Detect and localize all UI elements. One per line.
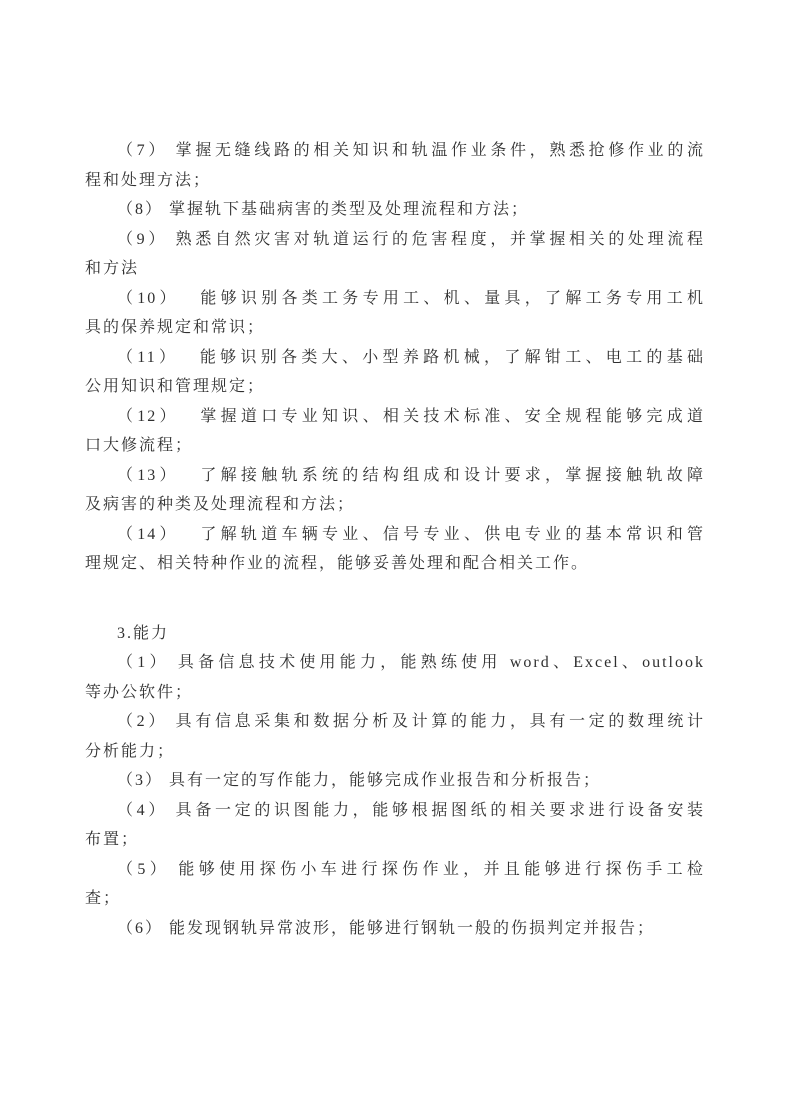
text-line: （14） 了解轨道车辆专业、信号专业、供电专业的基本常识和管 [85,520,705,550]
text-line: 分析能力； [85,737,705,767]
text-line: （8） 掌握轨下基础病害的类型及处理流程和方法； [85,195,705,225]
text-line: （1） 具备信息技术使用能力，能熟练使用 word、Excel、outlook [85,648,705,678]
text-line: 程和处理方法； [85,166,705,196]
paragraph: （9） 熟悉自然灾害对轨道运行的危害程度，并掌握相关的处理流程和方法 [85,225,705,284]
section-heading: 3.能力 [85,619,705,649]
text-line: 理规定、相关特种作业的流程，能够妥善处理和配合相关工作。 [85,549,705,579]
text-line: （5） 能够使用探伤小车进行探伤作业，并且能够进行探伤手工检 [85,855,705,885]
text-line: （7） 掌握无缝线路的相关知识和轨温作业条件，熟悉抢修作业的流 [85,136,705,166]
paragraph: （10） 能够识别各类工务专用工、机、量具，了解工务专用工机具的保养规定和常识； [85,284,705,343]
document-content: （7） 掌握无缝线路的相关知识和轨温作业条件，熟悉抢修作业的流程和处理方法；（8… [0,0,790,943]
paragraph: （7） 掌握无缝线路的相关知识和轨温作业条件，熟悉抢修作业的流程和处理方法； [85,136,705,195]
document-page: （7） 掌握无缝线路的相关知识和轨温作业条件，熟悉抢修作业的流程和处理方法；（8… [0,0,790,1119]
paragraph: （2） 具有信息采集和数据分析及计算的能力，具有一定的数理统计分析能力； [85,707,705,766]
paragraph: （1） 具备信息技术使用能力，能熟练使用 word、Excel、outlook等… [85,648,705,707]
text-line: 口大修流程； [85,431,705,461]
paragraph: （3） 具有一定的写作能力，能够完成作业报告和分析报告； [85,766,705,796]
paragraph: （14） 了解轨道车辆专业、信号专业、供电专业的基本常识和管理规定、相关特种作业… [85,520,705,579]
text-line: （6） 能发现钢轨异常波形，能够进行钢轨一般的伤损判定并报告； [85,914,705,944]
text-line: （10） 能够识别各类工务专用工、机、量具，了解工务专用工机 [85,284,705,314]
text-line: 公用知识和管理规定； [85,372,705,402]
paragraph: （8） 掌握轨下基础病害的类型及处理流程和方法； [85,195,705,225]
text-line: （9） 熟悉自然灾害对轨道运行的危害程度，并掌握相关的处理流程 [85,225,705,255]
paragraph: （6） 能发现钢轨异常波形，能够进行钢轨一般的伤损判定并报告； [85,914,705,944]
text-line: 布置； [85,825,705,855]
text-line: （11） 能够识别各类大、小型养路机械，了解钳工、电工的基础 [85,343,705,373]
text-line: 及病害的种类及处理流程和方法； [85,490,705,520]
paragraph: （11） 能够识别各类大、小型养路机械，了解钳工、电工的基础公用知识和管理规定； [85,343,705,402]
text-line: （3） 具有一定的写作能力，能够完成作业报告和分析报告； [85,766,705,796]
text-line: （13） 了解接触轨系统的结构组成和设计要求，掌握接触轨故障 [85,461,705,491]
text-line: （4） 具备一定的识图能力，能够根据图纸的相关要求进行设备安装 [85,796,705,826]
text-line: 等办公软件； [85,678,705,708]
ability-section: （1） 具备信息技术使用能力，能熟练使用 word、Excel、outlook等… [85,648,705,943]
text-line: 查； [85,884,705,914]
text-line: 具的保养规定和常识； [85,313,705,343]
text-line: 和方法 [85,254,705,284]
paragraph: （13） 了解接触轨系统的结构组成和设计要求，掌握接触轨故障及病害的种类及处理流… [85,461,705,520]
text-line: （12） 掌握道口专业知识、相关技术标准、安全规程能够完成道 [85,402,705,432]
paragraph: （4） 具备一定的识图能力，能够根据图纸的相关要求进行设备安装布置； [85,796,705,855]
text-line: （2） 具有信息采集和数据分析及计算的能力，具有一定的数理统计 [85,707,705,737]
knowledge-section: （7） 掌握无缝线路的相关知识和轨温作业条件，熟悉抢修作业的流程和处理方法；（8… [85,136,705,579]
paragraph: （5） 能够使用探伤小车进行探伤作业，并且能够进行探伤手工检查； [85,855,705,914]
paragraph: （12） 掌握道口专业知识、相关技术标准、安全规程能够完成道口大修流程； [85,402,705,461]
